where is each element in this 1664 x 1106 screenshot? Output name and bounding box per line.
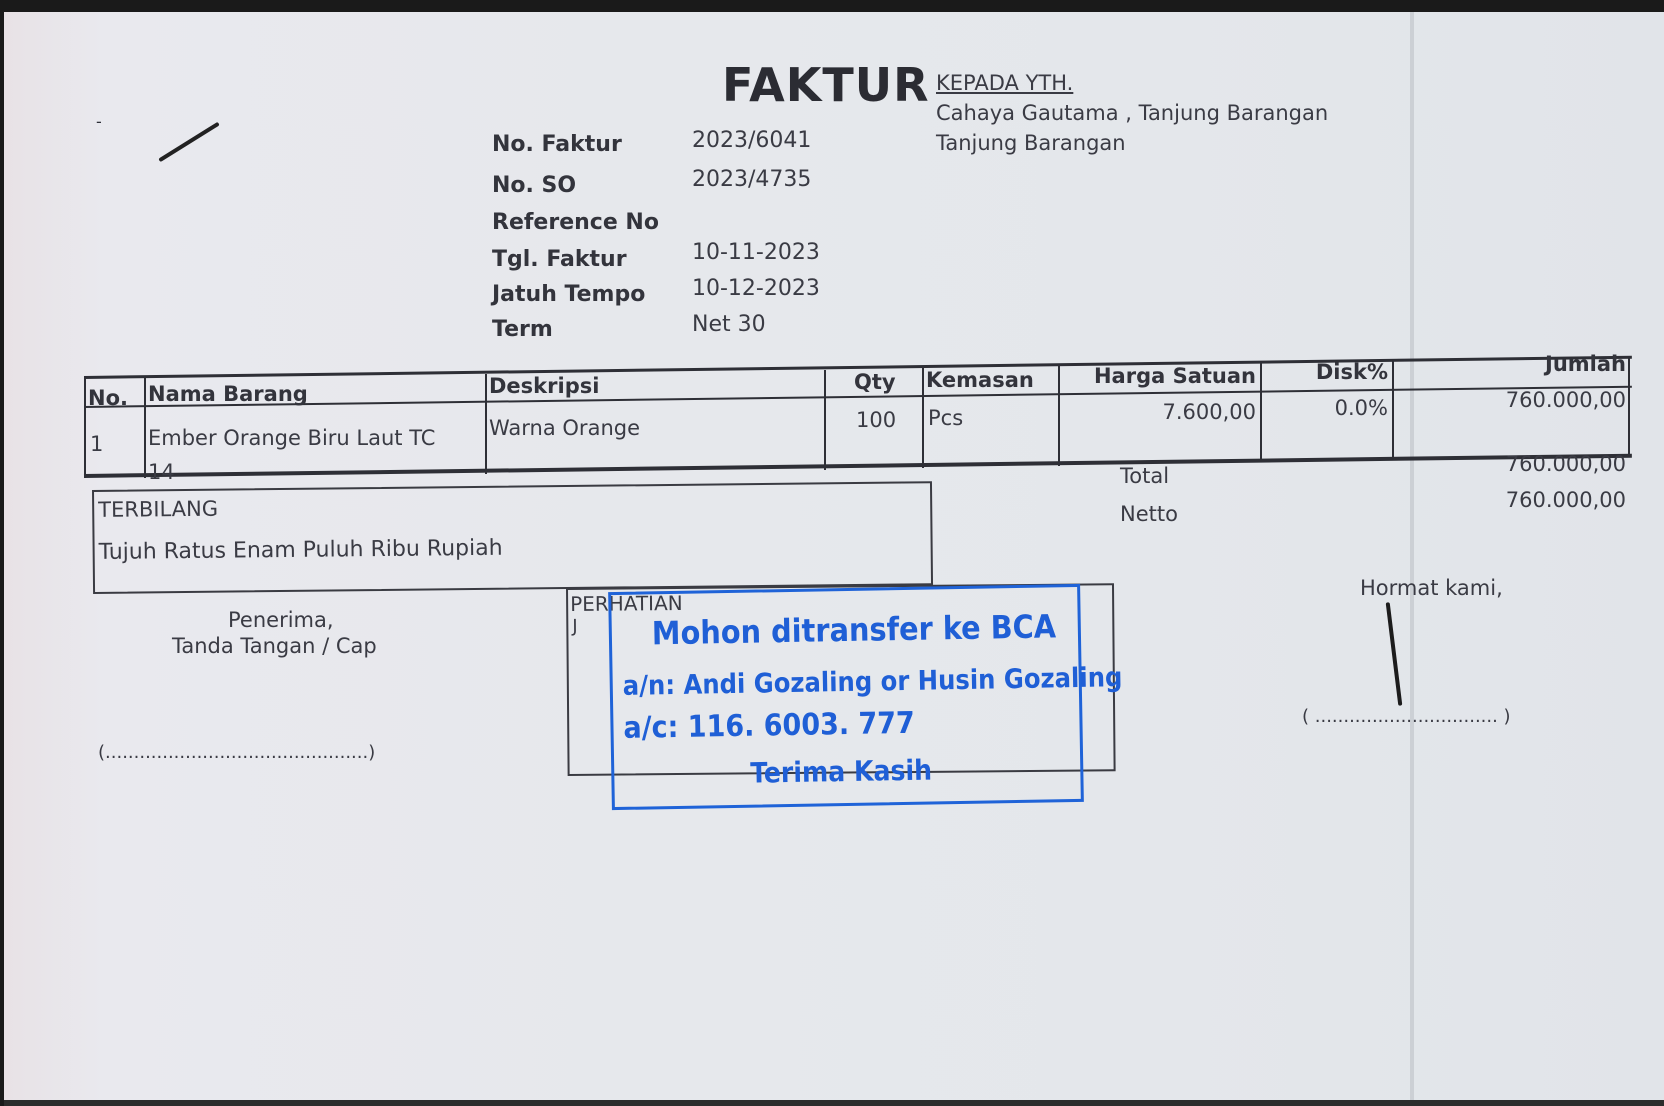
terbilang-text: Tujuh Ratus Enam Puluh Ribu Rupiah (99, 536, 503, 565)
meta-value-tgl-faktur: 10-11-2023 (692, 240, 820, 265)
total-label: Total (1120, 464, 1169, 488)
col-header-harga-satuan: Harga Satuan (1062, 364, 1256, 388)
invoice-title: FAKTUR (722, 58, 930, 112)
netto-label: Netto (1120, 502, 1178, 526)
sender-signature-line: ( ................................ ) (1302, 706, 1511, 727)
terbilang-label: TERBILANG (98, 497, 218, 522)
scan-edge (4, 1100, 1664, 1106)
row-jumlah: 760.000,00 (1396, 388, 1626, 412)
sender-greeting: Hormat kami, (1360, 576, 1503, 600)
meta-label-tgl-faktur: Tgl. Faktur (492, 247, 627, 272)
meta-label-no-faktur: No. Faktur (492, 132, 622, 157)
meta-label-no-so: No. SO (492, 173, 576, 198)
meta-value-no-so: 2023/4735 (692, 167, 811, 192)
meta-value-no-faktur: 2023/6041 (692, 128, 811, 153)
paper-fold (1410, 12, 1414, 1106)
row-harga-satuan: 7.600,00 (1062, 400, 1256, 424)
perhatian-text: J (572, 616, 577, 637)
meta-value-jatuh-tempo: 10-12-2023 (692, 276, 820, 301)
meta-value-term: Net 30 (692, 312, 766, 337)
row-nama-barang-cont: 14 (148, 460, 175, 484)
col-header-no: No. (88, 386, 128, 410)
stamp-transfer-text: Mohon ditransfer ke BCA (652, 607, 1057, 652)
row-nama-barang: Ember Orange Biru Laut TC (148, 426, 435, 450)
terbilang-box: TERBILANG Tujuh Ratus Enam Puluh Ribu Ru… (92, 481, 933, 594)
signature-mark (1386, 602, 1403, 706)
meta-label-term: Term (492, 317, 553, 342)
receiver-label: Penerima, (228, 608, 334, 632)
stamp-thanks: Terima Kasih (750, 754, 932, 790)
meta-label-reference: Reference No (492, 210, 659, 235)
receiver-sign-label: Tanda Tangan / Cap (172, 634, 377, 658)
recipient-block: KEPADA YTH. Cahaya Gautama , Tanjung Bar… (936, 68, 1328, 158)
row-disk: 0.0% (1264, 396, 1388, 420)
col-header-kemasan: Kemasan (926, 368, 1034, 392)
recipient-label: KEPADA YTH. (936, 68, 1328, 98)
receiver-signature-line: (.......................................… (98, 742, 375, 763)
row-qty: 100 (856, 408, 896, 432)
col-header-deskripsi: Deskripsi (489, 374, 599, 398)
recipient-line: Tanjung Barangan (936, 128, 1328, 158)
stamp-account-number: a/c: 116. 6003. 777 (623, 706, 915, 746)
meta-label-jatuh-tempo: Jatuh Tempo (492, 282, 645, 307)
recipient-line: Cahaya Gautama , Tanjung Barangan (936, 98, 1328, 128)
stray-mark: - (96, 112, 102, 131)
row-no: 1 (90, 432, 103, 456)
invoice-paper: - FAKTUR KEPADA YTH. Cahaya Gautama , Ta… (4, 12, 1664, 1106)
row-deskripsi: Warna Orange (489, 416, 640, 440)
col-header-disk: Disk% (1264, 360, 1388, 384)
row-kemasan: Pcs (928, 406, 963, 430)
col-header-nama-barang: Nama Barang (148, 382, 308, 406)
col-header-jumlah: Jumlah (1396, 352, 1626, 376)
bank-transfer-stamp: Mohon ditransfer ke BCA a/n: Andi Gozali… (608, 584, 1084, 810)
netto-value: 760.000,00 (1396, 488, 1626, 512)
total-value: 760.000,00 (1396, 452, 1626, 476)
col-header-qty: Qty (854, 370, 896, 394)
stamp-account-name: a/n: Andi Gozaling or Husin Gozaling (623, 662, 1123, 702)
pen-mark (158, 122, 219, 162)
